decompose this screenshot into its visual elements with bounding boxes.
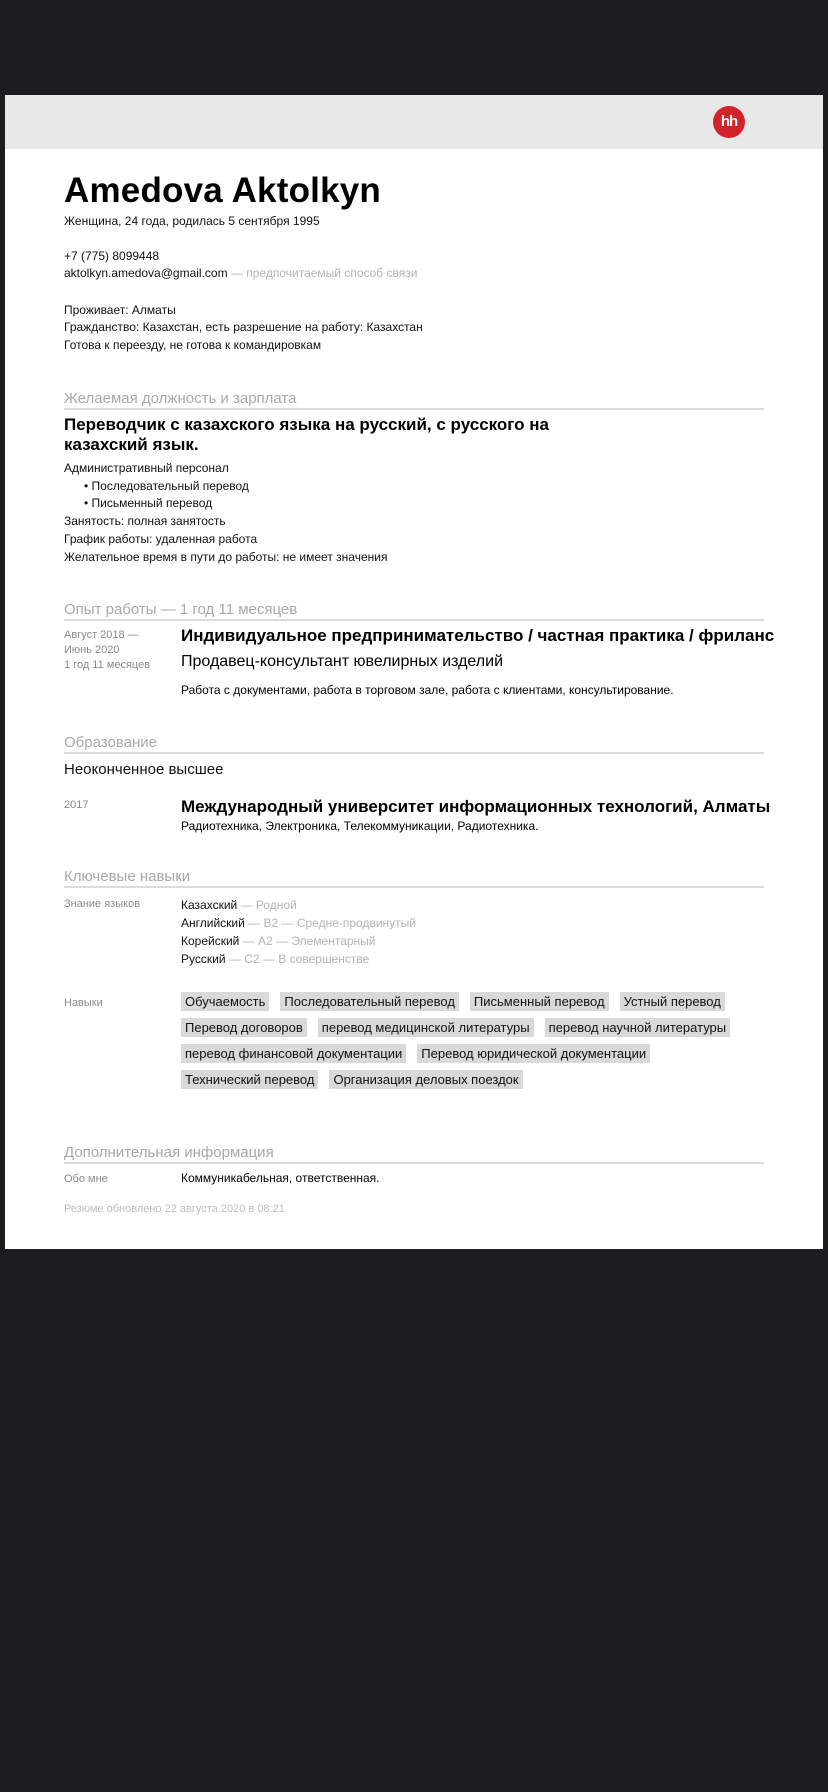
citizenship: Гражданство: Казахстан, есть разрешение … <box>64 319 423 335</box>
skill-tag: Перевод договоров <box>181 1018 307 1037</box>
language-item: Русский — C2 — В совершенстве <box>181 950 416 968</box>
header-bar: hh <box>5 95 823 149</box>
residence: Проживает: Алматы <box>64 302 176 318</box>
education-institution: Международный университет информационных… <box>181 797 770 817</box>
candidate-summary: Женщина, 24 года, родилась 5 сентября 19… <box>64 213 320 229</box>
experience-position: Продавец-консультант ювелирных изделий <box>181 653 503 671</box>
commute: Желательное время в пути до работы: не и… <box>64 549 387 565</box>
section-title-additional: Дополнительная информация <box>64 1144 764 1164</box>
skill-tag: Последовательный перевод <box>280 992 459 1011</box>
section-title-position: Желаемая должность и зарплата <box>64 390 764 410</box>
language-item: Казахский — Родной <box>181 896 416 914</box>
phone: +7 (775) 8099448 <box>64 248 159 264</box>
about-text: Коммуникабельная, ответственная. <box>181 1171 380 1185</box>
experience-company: Индивидуальное предпринимательство / час… <box>181 626 774 646</box>
language-item: Английский — B2 — Средне-продвинутый <box>181 914 416 932</box>
specialization-item: • Письменный перевод <box>64 495 212 511</box>
skill-tag: Перевод юридической документации <box>417 1044 650 1063</box>
languages-label: Знание языков <box>64 897 140 912</box>
section-title-education: Образование <box>64 734 764 754</box>
section-title-experience: Опыт работы — 1 год 11 месяцев <box>64 601 764 621</box>
section-title-skills: Ключевые навыки <box>64 868 764 888</box>
language-item: Корейский — A2 — Элементарный <box>181 932 416 950</box>
education-level: Неоконченное высшее <box>64 761 223 779</box>
email-note: — предпочитаемый способ связи <box>228 266 418 280</box>
education-faculty: Радиотехника, Электроника, Телекоммуника… <box>181 819 538 833</box>
relocation: Готова к переезду, не готова к командиро… <box>64 337 321 353</box>
resume-page: hh Amedova Aktolkyn Женщина, 24 года, ро… <box>5 95 823 1249</box>
experience-duration: 1 год 11 месяцев <box>64 658 150 673</box>
candidate-name: Amedova Aktolkyn <box>64 171 381 211</box>
experience-period-start: Август 2018 — <box>64 628 139 643</box>
skill-tag: перевод научной литературы <box>545 1018 731 1037</box>
email[interactable]: aktolkyn.amedova@gmail.com <box>64 266 228 280</box>
experience-period-end: Июнь 2020 <box>64 643 120 658</box>
skill-tag: перевод медицинской литературы <box>318 1018 534 1037</box>
skill-tag: перевод финансовой документации <box>181 1044 406 1063</box>
skills-label: Навыки <box>64 996 103 1011</box>
employment: Занятость: полная занятость <box>64 513 226 529</box>
skill-tag: Организация деловых поездок <box>329 1070 522 1089</box>
skill-tags: Обучаемость Последовательный перевод Пис… <box>181 992 771 1089</box>
education-year: 2017 <box>64 798 88 813</box>
position-title: Переводчик с казахского языка на русский… <box>64 415 584 455</box>
position-category: Административный персонал <box>64 460 229 476</box>
about-label: Обо мне <box>64 1172 108 1187</box>
experience-description: Работа с документами, работа в торговом … <box>181 683 674 697</box>
schedule: График работы: удаленная работа <box>64 531 257 547</box>
skill-tag: Технический перевод <box>181 1070 318 1089</box>
skill-tag: Письменный перевод <box>470 992 609 1011</box>
specialization-item: • Последовательный перевод <box>64 478 249 494</box>
languages-list: Казахский — Родной Английский — B2 — Сре… <box>181 896 416 968</box>
hh-logo-icon: hh <box>713 106 745 138</box>
updated-note: Резюме обновлено 22 августа 2020 в 08:21 <box>64 1202 285 1217</box>
email-row: aktolkyn.amedova@gmail.com — предпочитае… <box>64 265 417 281</box>
skill-tag: Устный перевод <box>620 992 725 1011</box>
skill-tag: Обучаемость <box>181 992 269 1011</box>
